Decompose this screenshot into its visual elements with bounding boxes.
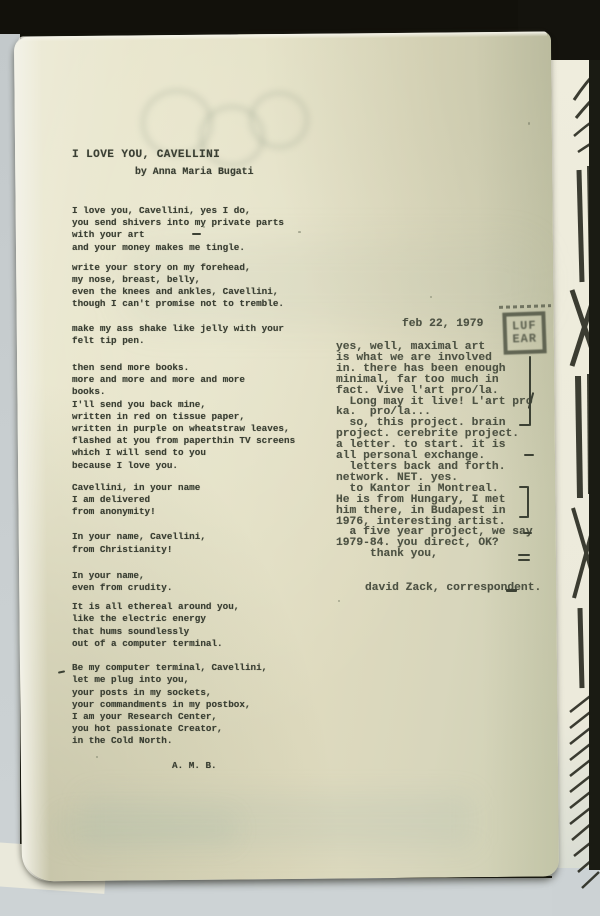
poem-stanza: Cavellini, in your name I am delivered f…: [72, 482, 295, 519]
pen-dash-mark: [192, 233, 201, 235]
poem-stanza: Be my computer terminal, Cavellini, let …: [72, 662, 295, 747]
pen-bracket-mark: [519, 516, 528, 518]
paper-speck: [298, 231, 301, 233]
rubber-stamp-line2: EAR: [512, 333, 537, 347]
book-page-photo: I LOVE YOU, CAVELLINI by Anna Maria Buga…: [0, 0, 600, 916]
paper-speck: [203, 226, 205, 228]
photo-background-top: [0, 0, 600, 34]
poem-stanza: I love you, Cavellini, yes I do, you sen…: [72, 205, 295, 254]
paper-speck: [338, 600, 340, 602]
book-edge-shadow-right: [589, 34, 600, 870]
poem: I LOVE YOU, CAVELLINI by Anna Maria Buga…: [72, 149, 295, 772]
poem-title: I LOVE YOU, CAVELLINI: [72, 149, 295, 162]
pen-vertical-line-mark: [529, 356, 531, 426]
poem-stanza: make my ass shake like jelly with your f…: [72, 323, 295, 347]
poem-byline: by Anna Maria Bugati: [135, 166, 295, 178]
paper-speck: [96, 756, 98, 758]
letter-closing: thank you,: [370, 549, 541, 560]
poem-stanza: It is all ethereal around you, like the …: [72, 601, 295, 650]
letter: feb 22, 1979 yes, well, maximal art is w…: [336, 319, 541, 594]
pen-bracket-mark: [527, 486, 529, 518]
pen-equals-mark: [518, 554, 530, 556]
pen-bracket-mark: [519, 486, 528, 488]
paper-speck: [430, 296, 432, 298]
poem-stanza: write your story on my forehead, my nose…: [72, 262, 295, 311]
poem-stanza: In your name, Cavellini, from Christiani…: [72, 531, 295, 555]
paper-speck: [528, 122, 530, 125]
poem-signature: A. M. B.: [172, 760, 295, 772]
poem-stanzas: I love you, Cavellini, yes I do, you sen…: [72, 205, 295, 748]
pen-dash-mark: [523, 532, 532, 534]
pen-equals-mark: [518, 559, 530, 561]
poem-stanza: then send more books. more and more and …: [72, 362, 295, 472]
letter-body: yes, well, maximal art is what we are in…: [336, 342, 541, 549]
pen-line-hook-mark: [519, 424, 530, 426]
pen-dash-mark: [524, 454, 534, 456]
pen-dash-mark: [506, 589, 517, 592]
poem-stanza: In your name, even from crudity.: [72, 570, 295, 594]
rubber-stamp: LUF EAR: [502, 311, 546, 354]
